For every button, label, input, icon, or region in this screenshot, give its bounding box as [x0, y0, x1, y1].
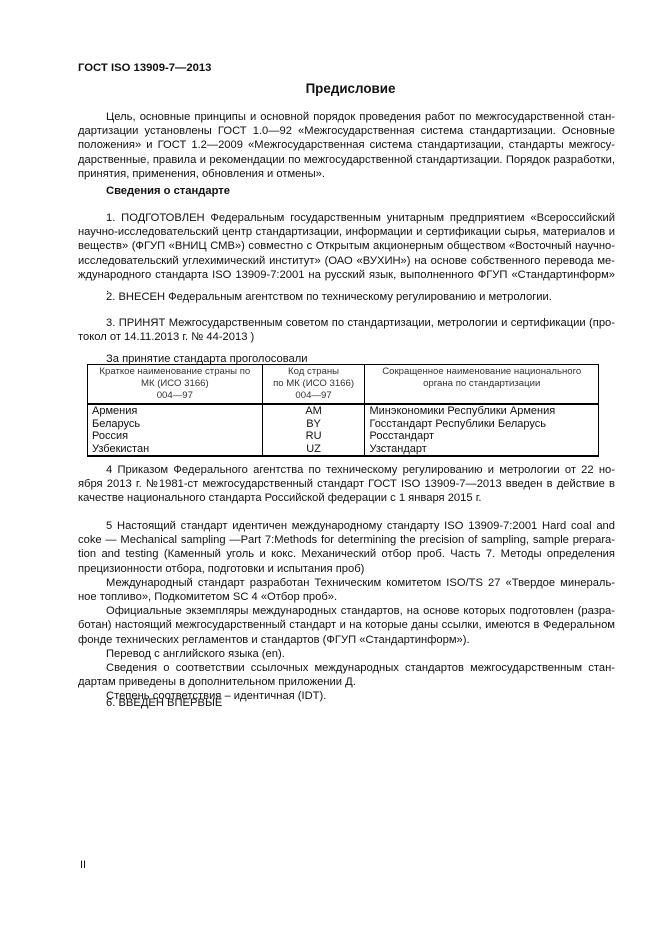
item-5-identical: 5 Настоящий стандарт идентичен междунаро… — [78, 519, 615, 704]
national-body-cell: Госстандарт Республики Беларусь — [365, 418, 599, 431]
item-3-line: токол от 14.11.2013 г. № 44-2013 ) — [78, 330, 615, 344]
item-3-line: 3. ПРИНЯТ Межгосударственным советом по … — [106, 317, 615, 329]
column-header-national-body: Сокращенное наименование национального о… — [365, 365, 599, 405]
official-copies-line: фонде технических регламентов и стандарт… — [78, 633, 615, 647]
intro-line: принятия, применения, обновления и отмен… — [78, 167, 615, 181]
item-4-order: 4 Приказом Федерального агентства по тех… — [78, 463, 615, 506]
page-title: Предисловие — [0, 81, 661, 96]
official-copies-line: ботан) настоящий межгосударственный стан… — [78, 618, 615, 632]
table-row: Армения AM Минэкономики Республики Армен… — [88, 404, 599, 418]
compliance-line: Сведения о соответствии ссылочных междун… — [106, 662, 615, 674]
item-1-line: 1. ПОДГОТОВЛЕН Федеральным государственн… — [106, 212, 615, 224]
item-3-adopted: 3. ПРИНЯТ Межгосударственным советом по … — [78, 316, 615, 344]
intro-line: дартизации установлены ГОСТ 1.0—92 «Межг… — [78, 124, 615, 138]
item-5-line: прецизионности отбора, подготовки и испы… — [78, 562, 615, 576]
translation-note: Перевод с английского языка (en). — [78, 647, 615, 661]
intro-line: положения» и ГОСТ 1.2—2009 «Межгосударст… — [78, 138, 615, 152]
code-cell: AM — [262, 404, 365, 418]
document-code: ГОСТ ISO 13909-7—2013 — [78, 62, 211, 74]
intro-line: дарственные, правила и рекомендации по м… — [78, 153, 615, 167]
code-cell: BY — [262, 418, 365, 431]
item-4-line: 4 Приказом Федерального агентства по тех… — [106, 464, 615, 476]
item-2-submitted: 2. ВНЕСЕН Федеральным агентством по техн… — [78, 290, 615, 304]
item-1-line: исследовательский углехимический институ… — [78, 254, 615, 268]
page-number: II — [80, 859, 86, 871]
column-header-code: Код страны по МК (ИСО 3166) 004—97 — [262, 365, 365, 405]
item-1-line: ждународного стандарта ISO 13909-7:2001 … — [78, 268, 615, 282]
table-row: Беларусь BY Госстандарт Республики Белар… — [88, 418, 599, 431]
country-cell: Армения — [88, 404, 263, 418]
item-1-line: веществ» (ФГУП «ВНИЦ СМВ») совместно с О… — [78, 239, 615, 253]
intro-line: Цель, основные принципы и основной поряд… — [106, 111, 615, 123]
code-cell: UZ — [262, 443, 365, 457]
item-1-line: научно-исследовательский центр стандарти… — [78, 225, 615, 239]
national-body-cell: Росстандарт — [365, 430, 599, 443]
item-2-text: 2. ВНЕСЕН Федеральным агентством по техн… — [78, 290, 615, 304]
item-5-line: 5 Настоящий стандарт идентичен междунаро… — [106, 520, 615, 532]
table-row: Россия RU Росстандарт — [88, 430, 599, 443]
committee-line: ное топливо», Подкомитетом SC 4 «Отбор п… — [78, 590, 615, 604]
item-1-prepared: 1. ПОДГОТОВЛЕН Федеральным государственн… — [78, 211, 615, 296]
country-cell: Узбекистан — [88, 443, 263, 457]
country-cell: Беларусь — [88, 418, 263, 431]
table-row: Узбекистан UZ Узстандарт — [88, 443, 599, 457]
code-cell: RU — [262, 430, 365, 443]
item-6-introduced: 6. ВВЕДЕН ВПЕРВЫЕ — [78, 696, 615, 710]
item-6-text: 6. ВВЕДЕН ВПЕРВЫЕ — [78, 696, 615, 710]
country-cell: Россия — [88, 430, 263, 443]
votes-table-header: Краткое наименование страны по МК (ИСО 3… — [88, 365, 599, 405]
committee-line: Международный стандарт разработан Технич… — [106, 577, 615, 589]
votes-table: Краткое наименование страны по МК (ИСО 3… — [87, 364, 599, 457]
item-5-line: tion and testing (Каменный уголь и кокс.… — [78, 547, 615, 561]
item-5-line: coke — Mechanical sampling —Part 7:Metho… — [78, 533, 615, 547]
item-4-line: ября 2013 г. №1981-ст межгосударственный… — [78, 477, 615, 491]
compliance-line: дартам приведены в дополнительном прилож… — [78, 675, 615, 689]
national-body-cell: Узстандарт — [365, 443, 599, 457]
national-body-cell: Минэкономики Республики Армения — [365, 404, 599, 418]
item-4-line: качестве национального стандарта Российс… — [78, 491, 615, 505]
column-header-country: Краткое наименование страны по МК (ИСО 3… — [88, 365, 263, 405]
section-heading: Сведения о стандарте — [106, 185, 230, 197]
intro-paragraph: Цель, основные принципы и основной поряд… — [78, 110, 615, 181]
official-copies-line: Официальные экземпляры международных ста… — [106, 605, 615, 617]
